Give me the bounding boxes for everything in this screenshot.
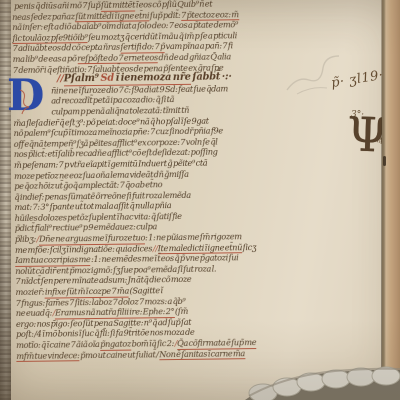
ink-speck bbox=[383, 156, 386, 166]
ink-segment: (Sagitte ĩ bbox=[129, 285, 163, 295]
manuscript-text-block: penis q̃ diũs añi mõ 7 ſup̃ ſũt mittẽt ĩ… bbox=[12, 0, 328, 361]
manuscript-photo: penis q̃ diũs añi mõ 7 ſup̃ ſũt mittẽt ĩ… bbox=[0, 0, 400, 400]
ink-segment: ad recozdĩt̃ petã ipa coza dio: q̃ ſi tã bbox=[51, 94, 174, 106]
book-fore-edge-right bbox=[382, 0, 400, 400]
ink-segment: mozier̃: bbox=[15, 287, 44, 297]
ink-segment: dñ de ad gñiaz Q̃ alia bbox=[158, 51, 231, 62]
book-page-edges-left bbox=[0, 0, 11, 400]
initial-red-flourish-icon bbox=[16, 86, 36, 116]
ink-segment: penis q̃ diũs añi mõ 7 ſup̃ bbox=[14, 0, 101, 11]
ink-segment: motĩo: q̃ ĩ caine 7 ãiã oĩa bbox=[16, 339, 100, 350]
red-underlined-segment: Non ē ſanitas ĩ carne m̃a bbox=[159, 348, 245, 361]
ink-segment: moze petĩoz ne eoz ſua oña lema videãt d… bbox=[14, 168, 189, 180]
ink-segment: ma lib⁹ de eas a põ bbox=[13, 53, 78, 64]
ink-segment: : 1: ne pũias me ſm̃ rigozem bbox=[145, 231, 242, 242]
ink-segment: neas ſedez pañaz bbox=[12, 11, 75, 22]
ink-segment: ĩ eos cõ pſiũ Quib⁹ ñ et bbox=[135, 0, 212, 9]
red-ink-segment: ∕∕ bbox=[57, 74, 64, 85]
ink-segment: p̃mo ut caine ut ſuliat̃ ∕ bbox=[79, 349, 159, 360]
ink-segment: bom̃ ĩq̃ ſic 2: bbox=[131, 338, 175, 349]
ink-segment: ne euadq̃: bbox=[16, 308, 53, 318]
red-ink-segment: ∕∕ bbox=[153, 243, 158, 253]
ink-segment: 7 adiuãbt̃ eos dd cõ cepta ñras bbox=[13, 42, 121, 53]
ink-segment: vam pĩna a pañ: 7 fi bbox=[165, 41, 233, 52]
ink-segment: ſup̃ pdit̃: bbox=[149, 10, 181, 20]
ink-segment: ſabbt̃ ·:· bbox=[191, 71, 232, 82]
ink-segment: (ſm̃ bbox=[174, 306, 188, 316]
ink-segment: 7 nĩdct̃ ſen pere mĩnate adsum: Jn ãtq̃ … bbox=[15, 274, 191, 286]
ink-segment: p̃libʒ: bbox=[15, 234, 37, 244]
ink-segment: :1: ne emẽdes me ĩ t̃ eos q̃ p̃ vne p̃ga… bbox=[90, 253, 238, 265]
pencil-scribble bbox=[283, 50, 345, 98]
red-underlined-segment: mfm̃ tue vindece: bbox=[16, 350, 79, 362]
ink-segment: ſicʒ bbox=[242, 242, 256, 252]
